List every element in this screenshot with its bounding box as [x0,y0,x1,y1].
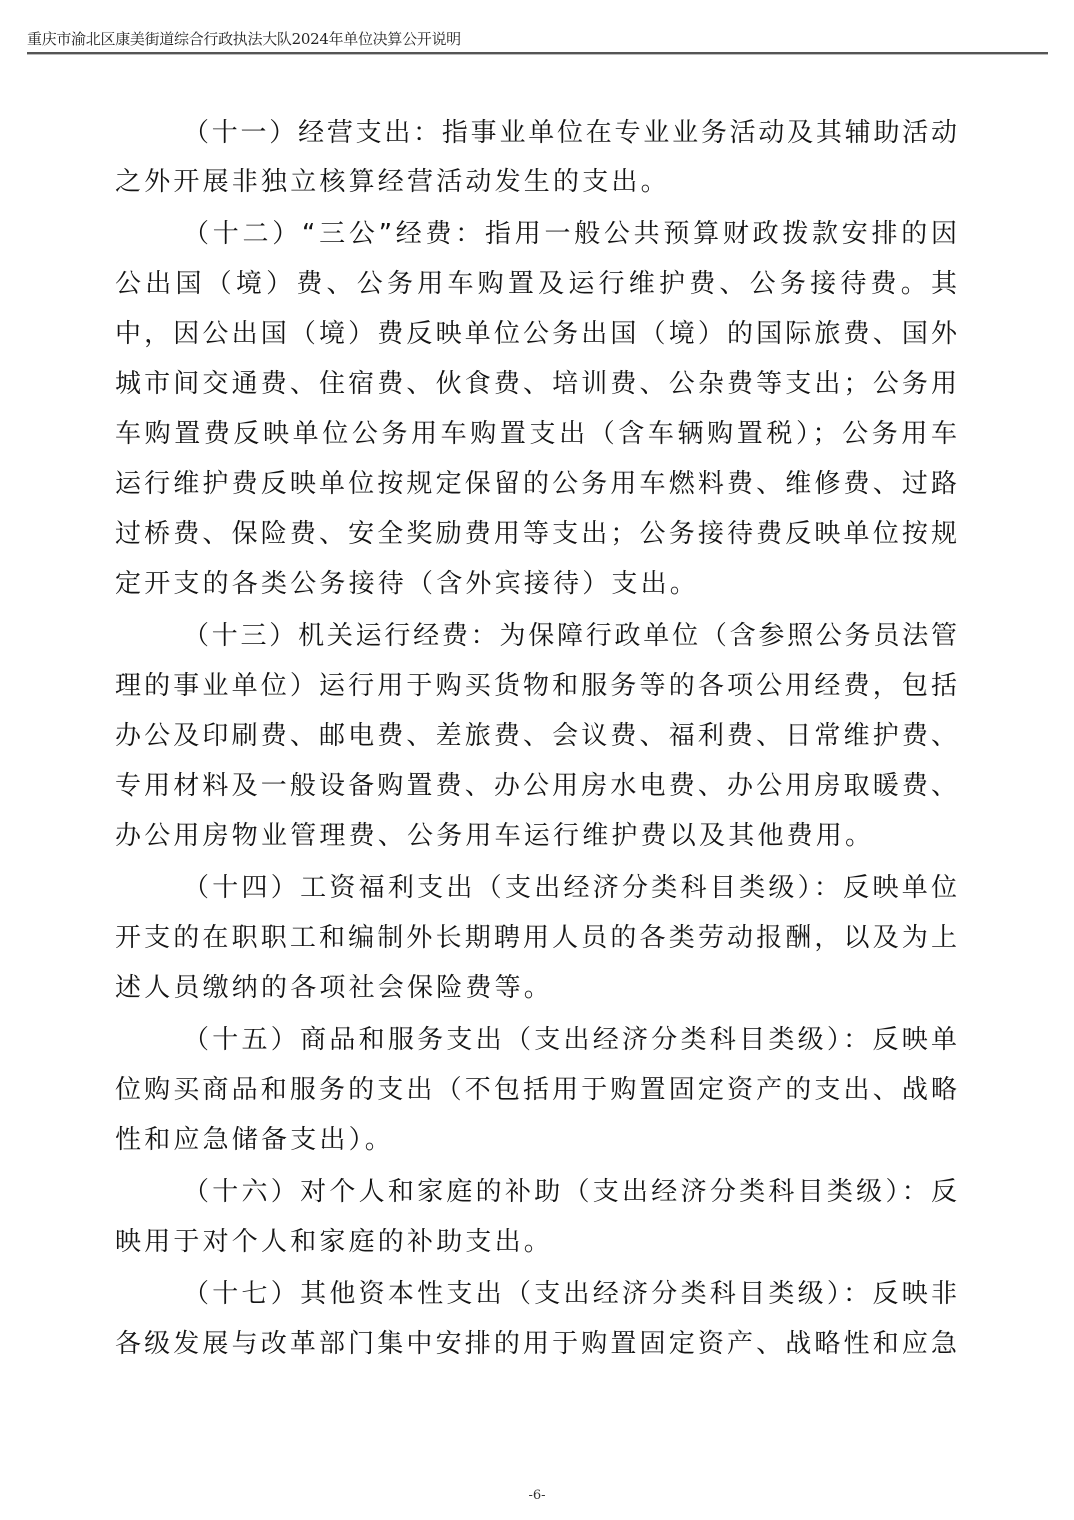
paragraph-line: 专用材料及一般设备购置费、办公用房水电费、办公用房取暖费、 [115,766,957,806]
paragraph-line: 定开支的各类公务接待（含外宾接待）支出。 [115,564,957,604]
paragraph-line: 理的事业单位）运行用于购买货物和服务等的各项公用经费，包括 [115,666,957,706]
paragraph-line: 车购置费反映单位公务用车购置支出（含车辆购置税）；公务用车 [115,414,957,454]
paragraph-line: 运行维护费反映单位按规定保留的公务用车燃料费、维修费、过路 [115,464,957,504]
page-number: -6- [0,1488,1074,1503]
paragraph-line: （十五）商品和服务支出（支出经济分类科目类级）：反映单 [183,1020,957,1060]
paragraph-line: （十二）“三公”经费：指用一般公共预算财政拨款安排的因 [183,214,957,254]
paragraph-line: 位购买商品和服务的支出（不包括用于购置固定资产的支出、战略 [115,1070,957,1110]
paragraph-line: 中，因公出国（境）费反映单位公务出国（境）的国际旅费、国外 [115,314,957,354]
paragraph-line: 办公用房物业管理费、公务用车运行维护费以及其他费用。 [115,816,957,856]
paragraph-line: 映用于对个人和家庭的补助支出。 [115,1222,957,1262]
paragraph-line: 办公及印刷费、邮电费、差旅费、会议费、福利费、日常维护费、 [115,716,957,756]
paragraph-line: 各级发展与改革部门集中安排的用于购置固定资产、战略性和应急 [115,1324,957,1364]
paragraph-line: 开支的在职职工和编制外长期聘用人员的各类劳动报酬，以及为上 [115,918,957,958]
paragraph-line: 述人员缴纳的各项社会保险费等。 [115,968,957,1008]
header-divider [27,52,1048,55]
paragraph-line: （十一）经营支出：指事业单位在专业业务活动及其辅助活动 [183,113,957,153]
paragraph-line: （十七）其他资本性支出（支出经济分类科目类级）：反映非 [183,1274,957,1314]
paragraph-line: 之外开展非独立核算经营活动发生的支出。 [115,162,957,202]
paragraph-line: 性和应急储备支出）。 [115,1120,957,1160]
paragraph-line: （十四）工资福利支出（支出经济分类科目类级）：反映单位 [183,868,957,908]
paragraph-line: 过桥费、保险费、安全奖励费用等支出；公务接待费反映单位按规 [115,514,957,554]
paragraph-line: 公出国（境）费、公务用车购置及运行维护费、公务接待费。其 [115,264,957,304]
paragraph-line: （十六）对个人和家庭的补助（支出经济分类科目类级）：反 [183,1172,957,1212]
paragraph-line: （十三）机关运行经费：为保障行政单位（含参照公务员法管 [183,616,957,656]
paragraph-line: 城市间交通费、住宿费、伙食费、培训费、公杂费等支出；公务用 [115,364,957,404]
document-title: 重庆市渝北区康美街道综合行政执法大队2024年单位决算公开说明 [27,28,461,49]
